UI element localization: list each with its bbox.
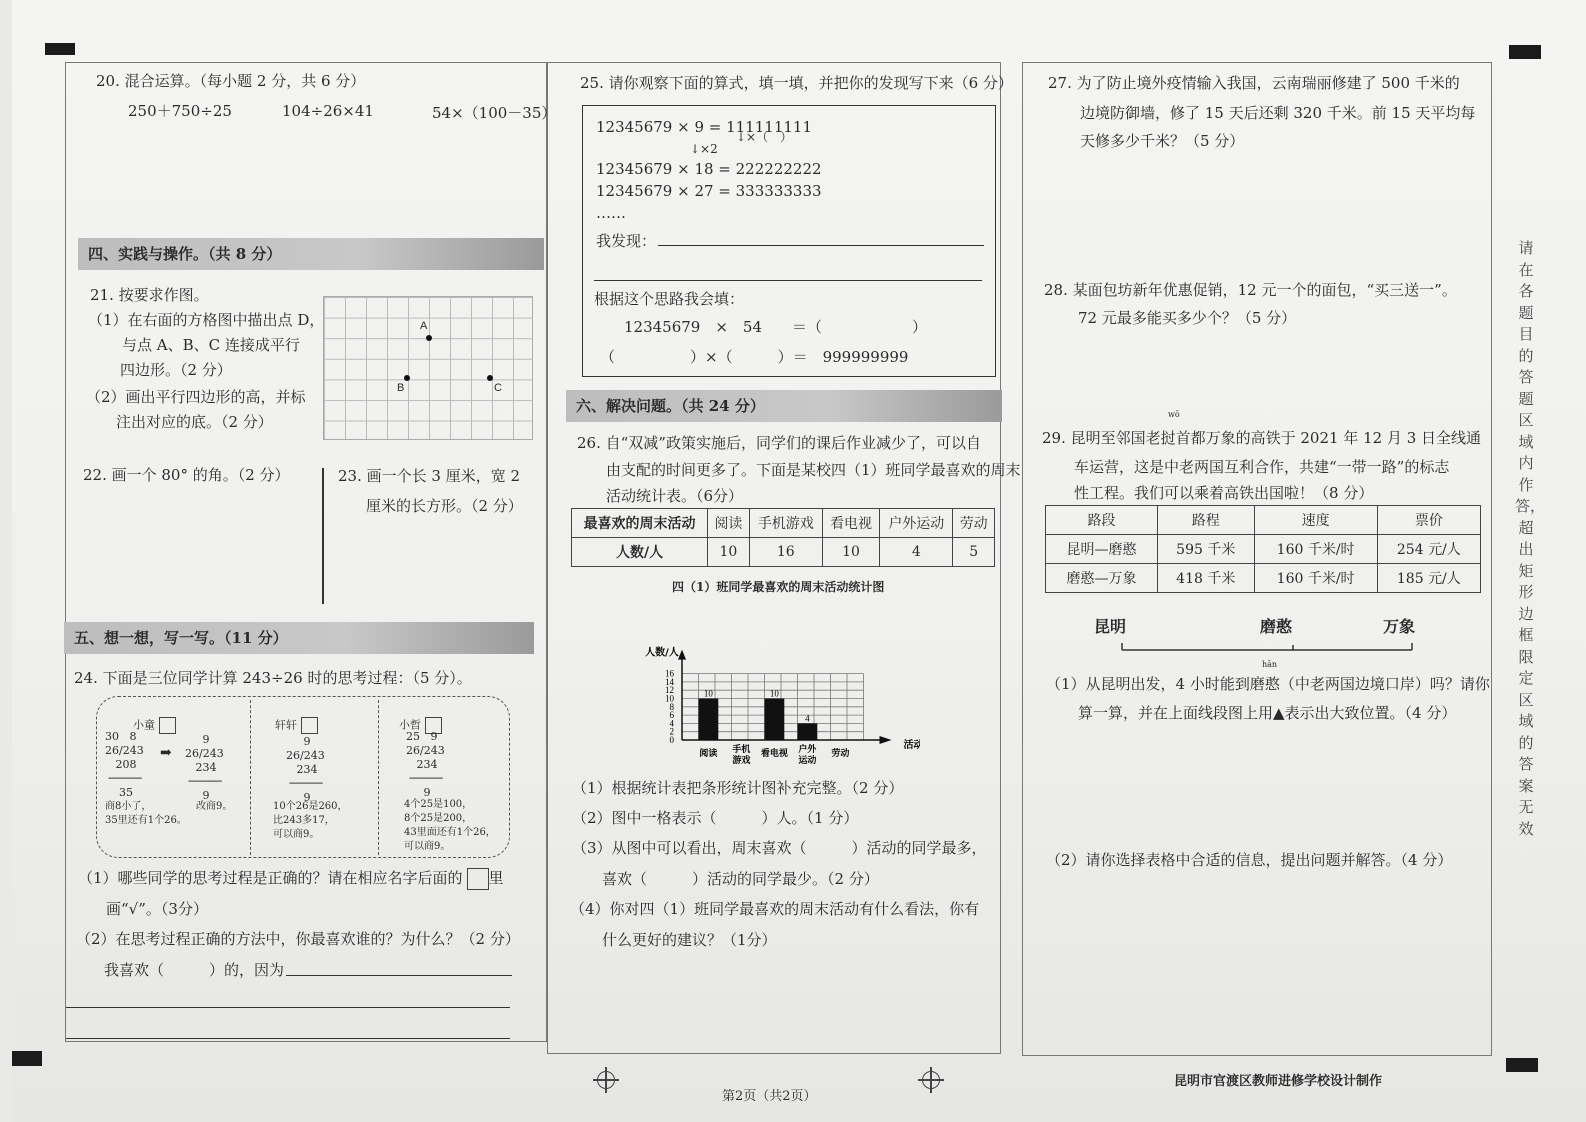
- student-1-checkbox[interactable]: [159, 717, 176, 734]
- q29-pinyin-wo: wō: [1168, 410, 1180, 420]
- q29-header-cell: 路段: [1046, 506, 1158, 535]
- q26-header-cell: 劳动: [953, 509, 995, 538]
- student-3-note: 4个25是100， 8个25是200， 43里面还有1个26， 可以商9。: [404, 798, 496, 854]
- footer-credit: 昆明市官渡区教师进修学校设计制作: [1174, 1067, 1382, 1097]
- point-c-label: C: [494, 382, 502, 394]
- q24-sub1-text: （1）哪些同学的思考过程是正确的？请在相应名字后面的: [78, 869, 463, 887]
- route-line-segment[interactable]: [1120, 638, 1420, 654]
- point-a: [426, 335, 432, 341]
- q29-sub1-line-1: （1）从昆明出发，4 小时能到磨憨（中老两国边境口岸）吗？请你: [1046, 669, 1490, 699]
- crosshair-mark-left: [597, 1071, 615, 1089]
- svg-text:10: 10: [704, 689, 714, 699]
- q22-q23-divider: [322, 468, 324, 604]
- registration-mark-bottom-right: [1506, 1058, 1538, 1072]
- q25-fill-label: 根据这个思路我会填：: [594, 284, 744, 314]
- registration-mark-top-left: [45, 43, 75, 55]
- q26-value-cell: 4: [880, 538, 953, 567]
- svg-text:户外: 户外: [798, 743, 817, 755]
- q22-text: 22. 画一个 80° 的角。（2 分）: [83, 460, 290, 490]
- svg-text:手机: 手机: [732, 743, 750, 755]
- point-b-label: B: [397, 382, 404, 394]
- q21-square-grid[interactable]: [323, 296, 533, 440]
- q24-sub2-answer: 我喜欢（ ）的，因为: [104, 955, 284, 985]
- section-6-header: 六、解决问题。（共 24 分）: [566, 390, 1002, 422]
- svg-text:人数/人: 人数/人: [645, 646, 679, 659]
- svg-text:10: 10: [770, 689, 780, 699]
- q20-item-3: 54×（100－35）: [432, 98, 556, 128]
- q20-title: 20. 混合运算。（每小题 2 分，共 6 分）: [96, 66, 365, 96]
- table-row: 昆明—磨憨 595 千米 160 千米/时 254 元/人: [1046, 535, 1481, 564]
- q29-header-cell: 速度: [1254, 506, 1377, 535]
- q20-item-1: 250＋750÷25: [128, 96, 232, 126]
- q25-dots: ……: [596, 198, 626, 228]
- q29-header-cell: 路程: [1157, 506, 1254, 535]
- q21-line-4: 四边形。（2 分）: [120, 355, 232, 385]
- registration-mark-top-right: [1509, 45, 1541, 59]
- answer-line-3[interactable]: [66, 1038, 510, 1039]
- answer-line-1[interactable]: [286, 975, 512, 976]
- q25-fill-1: 12345679 × 54 ＝（ ）: [624, 312, 927, 342]
- student-3-work: 25 9 26/243 234 ───── 9: [406, 730, 445, 800]
- q25-discover-line-2[interactable]: [594, 280, 982, 281]
- q28-line-2: 72 元最多能买多少个？（5 分）: [1078, 303, 1296, 333]
- q27-line-2: 边境防御墙，修了 15 天后还剩 320 千米。前 15 天平均每: [1080, 98, 1475, 128]
- q26-table-value-row: 人数/人 10 16 10 4 5: [572, 538, 995, 567]
- q24-sub2: （2）在思考过程正确的方法中，你最喜欢谁的？为什么？（2 分）: [76, 924, 520, 954]
- student-2-note: 10个26是260， 比243多17， 可以商9。: [273, 800, 348, 842]
- q26-value-cell: 10: [708, 538, 750, 567]
- q21-line-6: 注出对应的底。（2 分）: [116, 407, 273, 437]
- svg-text:4: 4: [805, 713, 810, 723]
- q29-cell: 磨憨—万象: [1046, 564, 1158, 593]
- q29-sub2: （2）请你选择表格中合适的信息，提出问题并解答。（4 分）: [1046, 845, 1452, 875]
- q26-sub-5: （4）你对四（1）班同学最喜欢的周末活动有什么看法，你有: [570, 894, 979, 924]
- student-2-name: 轩轩: [275, 719, 297, 732]
- q24-sub1-line-2: 画“√”。（3分）: [106, 894, 208, 924]
- q26-header-cell: 最喜欢的周末活动: [572, 509, 708, 538]
- q26-header-cell: 阅读: [708, 509, 750, 538]
- point-b: [404, 375, 410, 381]
- svg-text:活动: 活动: [904, 738, 921, 751]
- q26-sub-4: 喜欢（ ）活动的同学最少。（2 分）: [602, 864, 879, 894]
- q24-divider-1: [250, 700, 251, 855]
- svg-text:阅读: 阅读: [699, 747, 717, 759]
- q29-line-3: 性工程。我们可以乘着高铁出国啦！（8 分）: [1074, 478, 1373, 508]
- q26-sub-3: （3）从图中可以看出，周末喜欢（ ）活动的同学最多，: [572, 833, 987, 863]
- q26-value-cell: 10: [822, 538, 879, 567]
- q29-route-table: 路段 路程 速度 票价 昆明—磨憨 595 千米 160 千米/时 254 元/…: [1045, 505, 1481, 593]
- q29-cell: 160 千米/时: [1254, 564, 1377, 593]
- q26-header-cell: 看电视: [822, 509, 879, 538]
- student-2-checkbox[interactable]: [301, 717, 318, 734]
- q25-title: 25. 请你观察下面的算式，填一填，并把你的发现写下来（6 分）: [580, 68, 1013, 98]
- q26-header-cell: 手机游戏: [749, 509, 822, 538]
- q29-cell: 254 元/人: [1377, 535, 1480, 564]
- page-number: 第2页（共2页）: [722, 1082, 817, 1112]
- table-row: 磨憨—万象 418 千米 160 千米/时 185 元/人: [1046, 564, 1481, 593]
- svg-text:劳动: 劳动: [831, 747, 849, 759]
- q26-sub-1: （1）根据统计表把条形统计图补充完整。（2 分）: [572, 773, 903, 803]
- student-1-note-1: 商8小了， 35里还有1个26。: [105, 800, 187, 828]
- q26-line-3: 活动统计表。（6分）: [606, 481, 743, 511]
- crosshair-mark-right: [922, 1071, 940, 1089]
- student-2-work: 9 26/243 234 ───── 9: [286, 735, 325, 805]
- q26-value-cell: 16: [749, 538, 822, 567]
- q29-sub1-line-2: 算一算，并在上面线段图上用▲表示出大致位置。（4 分）: [1078, 698, 1456, 728]
- q27-line-1: 27. 为了防止境外疫情输入我国，云南瑞丽修建了 500 千米的: [1048, 68, 1460, 98]
- point-c: [487, 375, 493, 381]
- q23-line-1: 23. 画一个长 3 厘米，宽 2: [338, 461, 520, 491]
- section-4-header: 四、实践与操作。（共 8 分）: [78, 238, 544, 270]
- q29-header-row: 路段 路程 速度 票价: [1046, 506, 1481, 535]
- q28-line-1: 28. 某面包坊新年优惠促销，12 元一个的面包，“买三送一”。: [1044, 275, 1457, 305]
- q29-cell: 昆明—磨憨: [1046, 535, 1158, 564]
- point-a-label: A: [420, 320, 427, 332]
- q24-sub1-text-end: 里: [489, 869, 504, 887]
- student-1-work-1: 30 8 26/243 208 ───── 35: [105, 730, 144, 800]
- svg-text:运动: 运动: [798, 754, 816, 766]
- q26-table-header-row: 最喜欢的周末活动 阅读 手机游戏 看电视 户外运动 劳动: [572, 509, 995, 538]
- student-1-work-2: 9 26/243 234 ───── 9: [185, 733, 224, 803]
- q26-value-cell: 5: [953, 538, 995, 567]
- q29-header-cell: 票价: [1377, 506, 1480, 535]
- student-2-label: 轩轩: [268, 703, 318, 734]
- answer-line-2[interactable]: [66, 1007, 510, 1008]
- q24-divider-2: [378, 700, 379, 855]
- q26-bar-chart[interactable]: 0246810121416人数/人活动10阅读手机游戏10看电视4户外运动劳动: [630, 598, 920, 778]
- svg-text:看电视: 看电视: [761, 747, 788, 759]
- section-5-header: 五、想一想，写一写。（11 分）: [64, 622, 534, 654]
- q26-header-cell: 户外运动: [880, 509, 953, 538]
- q25-fill-2: （ ）×（ ）＝ 999999999: [600, 342, 908, 372]
- q26-sub-2: （2）图中一格表示（ ）人。（1 分）: [572, 803, 858, 833]
- q24-sub1-line-1: （1）哪些同学的思考过程是正确的？请在相应名字后面的里: [78, 863, 504, 893]
- q25-discover-line[interactable]: [658, 245, 984, 246]
- q29-cell: 185 元/人: [1377, 564, 1480, 593]
- q25-discover-label: 我发现：: [596, 226, 656, 256]
- q23-line-2: 厘米的长方形。（2 分）: [366, 491, 523, 521]
- arrow-right-icon: ➡: [160, 746, 172, 760]
- q29-cell: 595 千米: [1157, 535, 1254, 564]
- q26-stat-table: 最喜欢的周末活动 阅读 手机游戏 看电视 户外运动 劳动 人数/人 10 16 …: [571, 508, 995, 567]
- q20-item-2: 104÷26×41: [282, 96, 374, 126]
- q25-eq3: 12345679 × 27 = 333333333: [596, 176, 822, 206]
- q24-sub1-box: [467, 868, 489, 890]
- q26-sub-6: 什么更好的建议？（1分）: [602, 925, 777, 955]
- svg-text:16: 16: [665, 669, 675, 679]
- registration-mark-bottom-left: [12, 1051, 42, 1066]
- q29-cell: 160 千米/时: [1254, 535, 1377, 564]
- q29-line-1: 29. 昆明至邻国老挝首都万象的高铁于 2021 年 12 月 3 日全线通: [1042, 423, 1481, 453]
- q26-line-1: 26. 自“双减”政策实施后，同学们的课后作业减少了，可以自: [577, 428, 981, 458]
- q26-value-cell: 人数/人: [572, 538, 708, 567]
- svg-text:游戏: 游戏: [732, 754, 750, 766]
- q29-cell: 418 千米: [1157, 564, 1254, 593]
- q25-arrow2: ↓×（ ）: [736, 122, 792, 152]
- q27-line-3: 天修多少千米？（5 分）: [1080, 126, 1244, 156]
- student-1-note-2: 改商9。: [196, 800, 232, 814]
- side-instruction-note: 请在各题目的答题区域内作答，超出矩形边框限定区域的答案无效: [1515, 238, 1537, 840]
- q24-title: 24. 下面是三位同学计算 243÷26 时的思考过程：（5 分）。: [74, 663, 472, 693]
